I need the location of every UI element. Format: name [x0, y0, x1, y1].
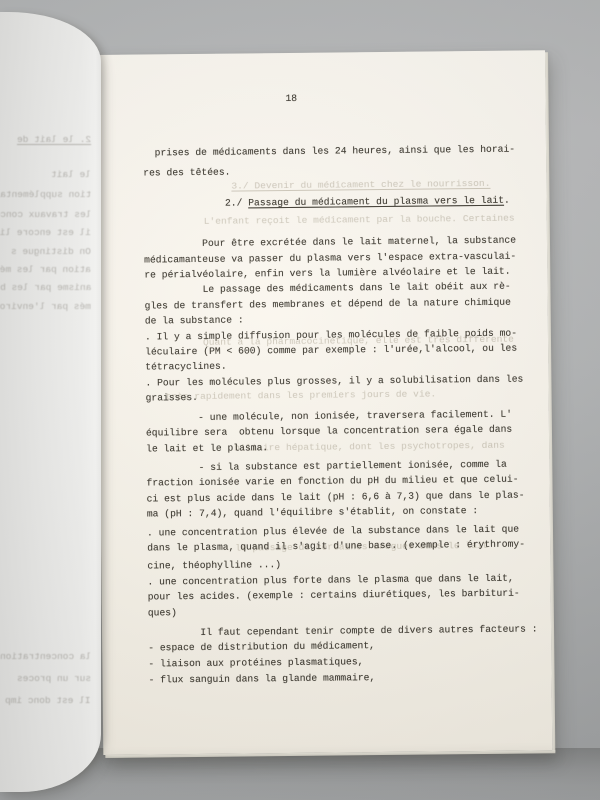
heading-suffix: . [504, 194, 510, 205]
heading-underlined: Passage du médicament du plasma vers le … [248, 195, 504, 209]
mirrored-ghost-line: la concentration [0, 652, 91, 662]
document-text: prises de médicaments dans les 24 heures… [143, 141, 538, 688]
turned-page: 2. le lait dele laittion supplémentairel… [0, 12, 101, 792]
book-photo: { "page": { "number": "18" }, "colors": … [0, 0, 600, 800]
mirrored-ghost-line: més par l'environ [0, 302, 91, 312]
mirrored-ghost-line: Il est donc imp [5, 696, 91, 706]
mirrored-ghost-line: anisme par les bébé [0, 283, 91, 293]
text-line: 2./ Passage du médicament du plasma vers… [143, 192, 533, 211]
page-number: 18 [285, 93, 297, 104]
mirrored-ghost-line: il est encore lim [0, 228, 91, 238]
mirrored-ghost-line: sur un proces [17, 674, 91, 684]
text-line: ma (pH : 7,4), quand l'équilibre s'établ… [147, 503, 537, 522]
mirrored-ghost-line: On distingue s [11, 247, 91, 257]
mirrored-ghost-line: ation par les méd [0, 265, 91, 275]
text-line: - flux sanguin dans la glande mammaire, [148, 669, 538, 688]
text-line: res des têtées. [143, 162, 533, 181]
mirrored-ghost-line: les travaux concernant [0, 210, 91, 220]
photo-backdrop: 18 3./ Devenir du médicament chez le nou… [0, 0, 600, 800]
heading-prefix: 2./ [144, 197, 249, 209]
text-line: prises de médicaments dans les 24 heures… [143, 141, 533, 160]
book-page: 18 3./ Devenir du médicament chez le nou… [96, 50, 552, 755]
text-line: dans le plasma, quand il s'agit d'une ba… [147, 536, 537, 555]
mirrored-ghost-line: tion supplémentaire [0, 190, 91, 200]
bleedthrough-text: 3./ Devenir du médicament chez le nourri… [96, 50, 545, 55]
mirrored-ghost-line: 2. le lait de [17, 135, 91, 145]
mirrored-ghost-line: le lait [51, 170, 91, 180]
